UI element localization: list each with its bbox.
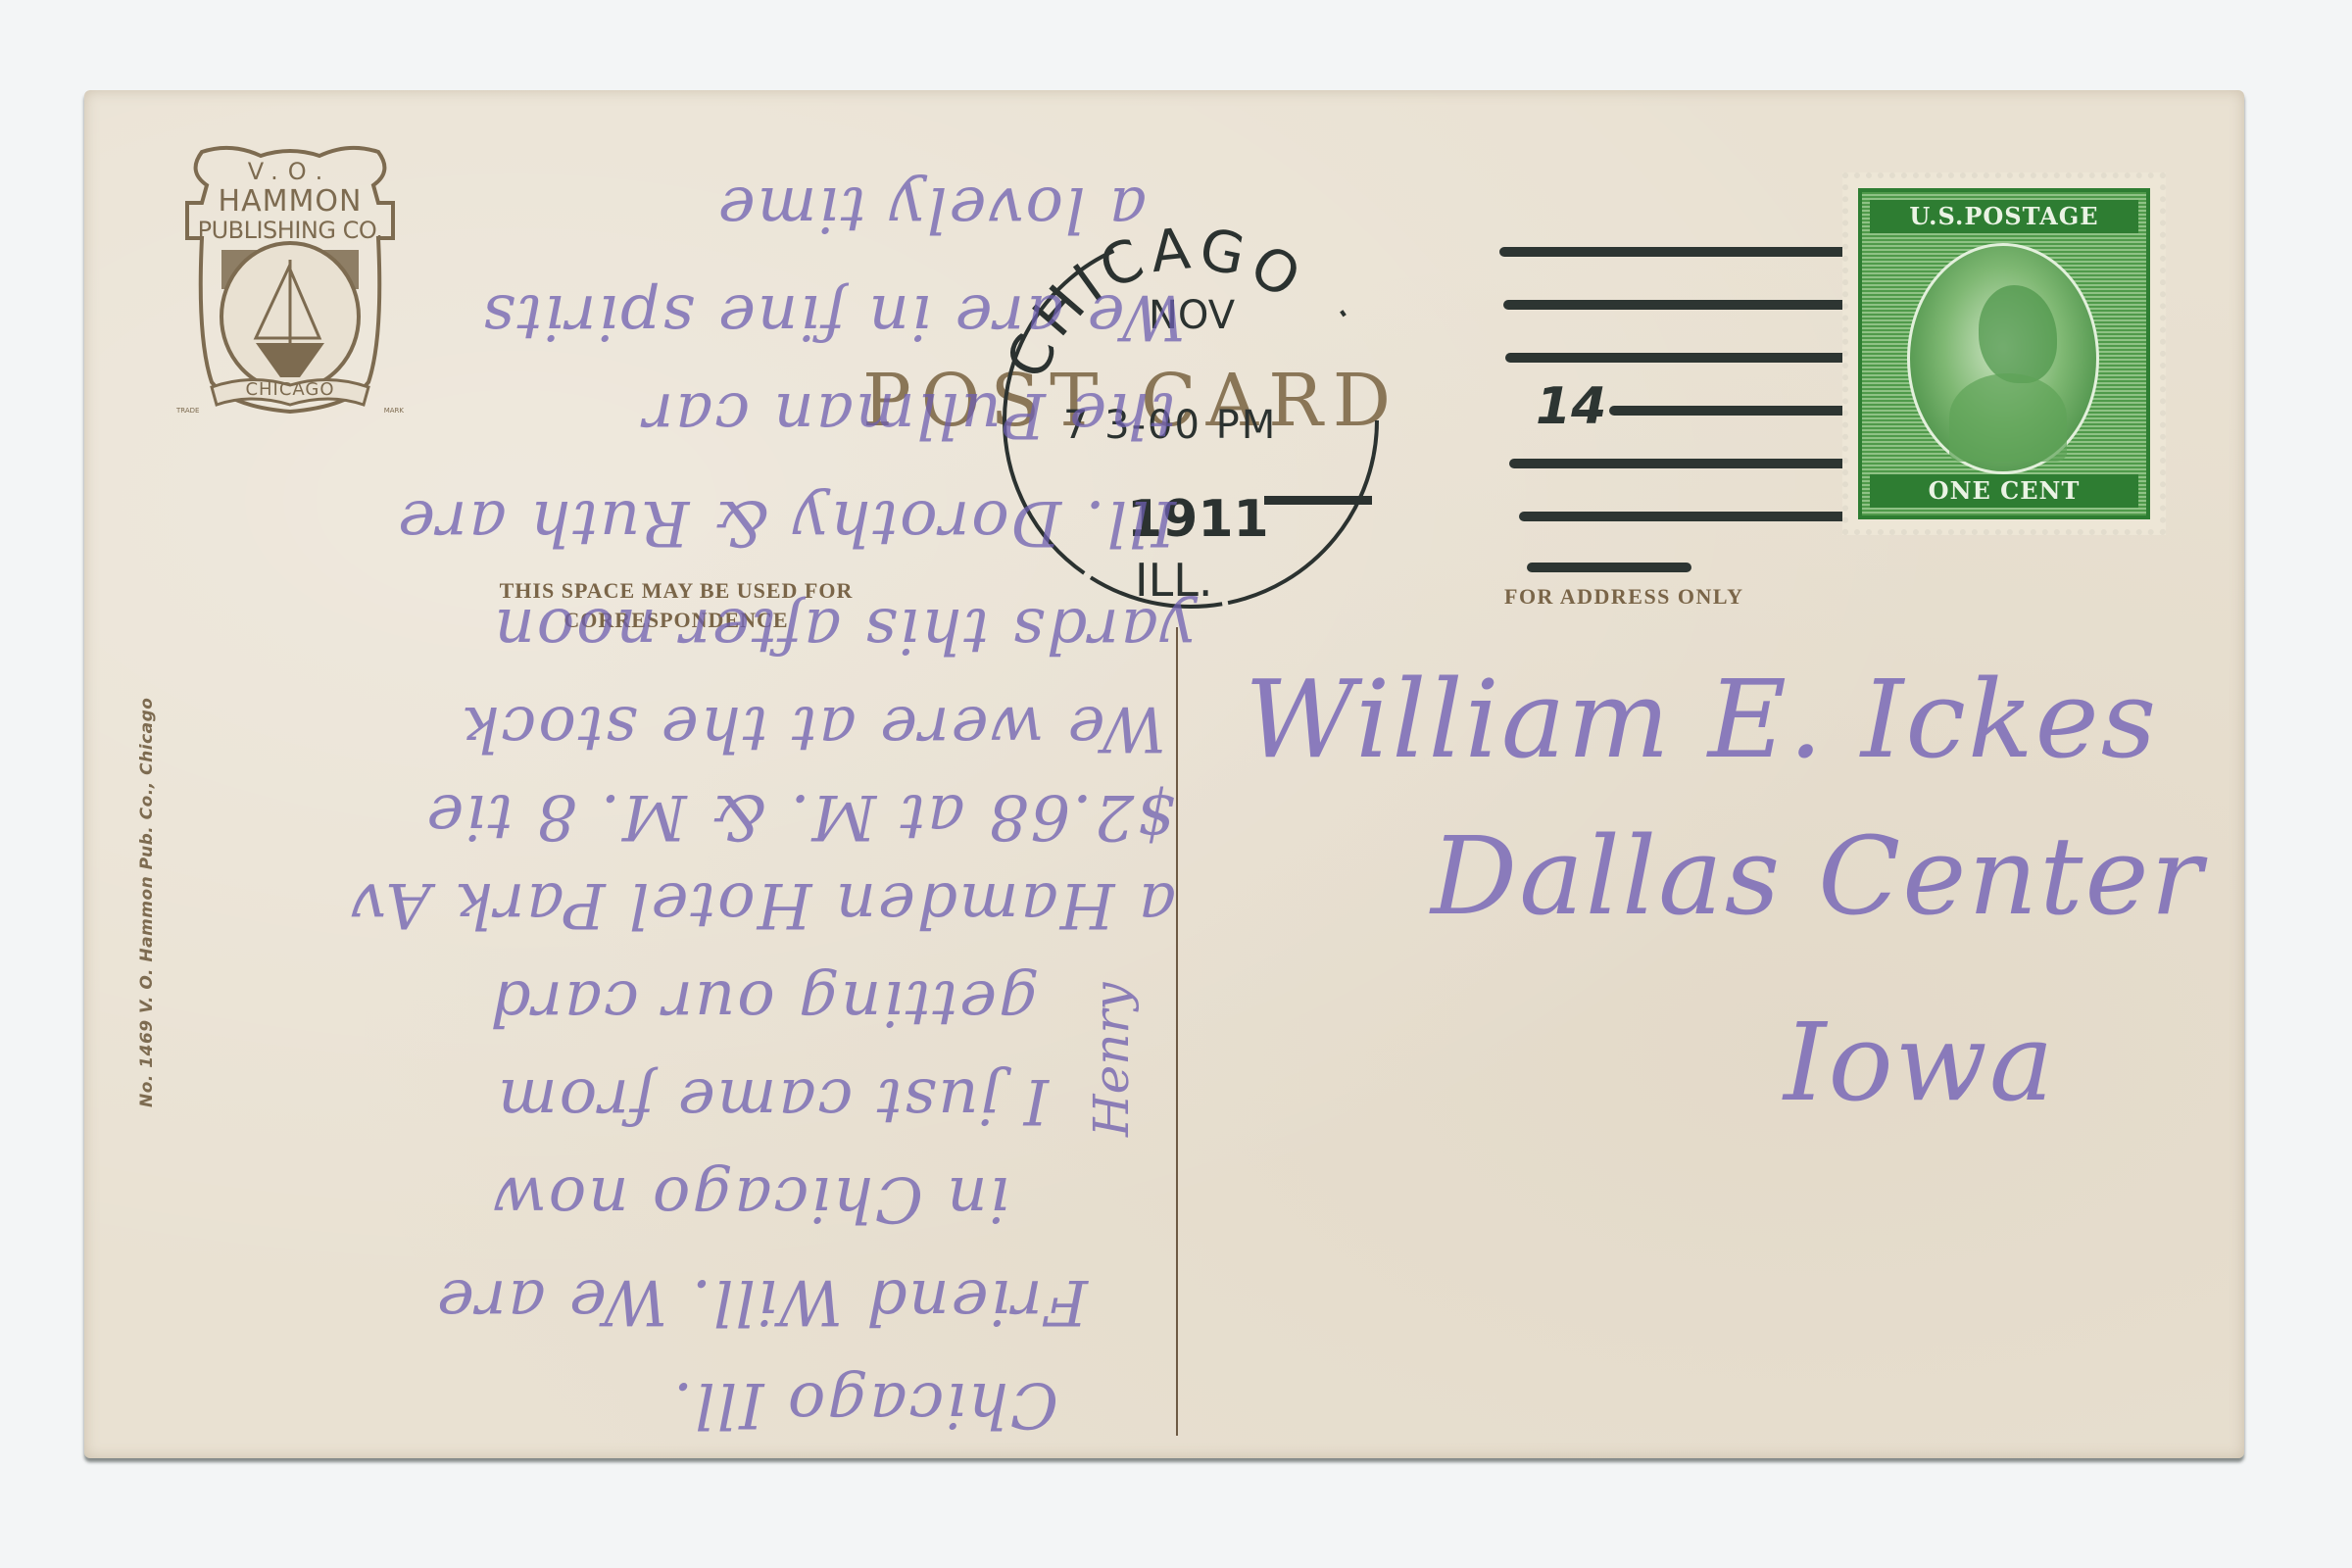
message-line: the Pullman car <box>642 378 1176 451</box>
message-line: in Chicago now <box>491 1162 1009 1235</box>
message-line: getting our card <box>488 966 1039 1039</box>
portrait-bust <box>1949 373 2067 462</box>
portrait-head <box>1979 285 2057 383</box>
stamp-engraving: U.S.POSTAGE ONE CENT <box>1858 188 2150 519</box>
address-state: Iowa <box>1784 1000 2055 1125</box>
margin-note: Henry <box>1083 982 1140 1137</box>
message-line: Ill. Dorothy & Ruth are <box>396 486 1176 559</box>
machine-number: 14 <box>1536 377 1606 436</box>
postage-stamp: U.S.POSTAGE ONE CENT <box>1842 172 2166 535</box>
message-line: We are in fine spirits <box>481 280 1186 353</box>
message-line: We were at the stock <box>460 692 1166 764</box>
handwritten-message: Chicago Ill. Friend Will. We are in Chic… <box>108 108 1205 1441</box>
message-line: Friend Will. We are <box>435 1265 1088 1338</box>
message-line: yards this after noon <box>492 594 1196 666</box>
address-city: Dallas Center <box>1431 813 2204 939</box>
message-line: a Hamden Hotel Park Av <box>349 868 1176 941</box>
message-line: Chicago Ill. <box>671 1368 1058 1441</box>
cancel-bar <box>1527 563 1691 572</box>
stamp-top-text: U.S.POSTAGE <box>1870 200 2138 233</box>
stamp-bottom-text: ONE CENT <box>1870 474 2138 508</box>
message-line: a lovely time <box>716 172 1147 245</box>
address-name: William E. Ickes <box>1245 657 2158 782</box>
message-line: I just came from <box>496 1064 1049 1137</box>
franklin-portrait-icon <box>1907 243 2099 474</box>
message-line: $2.68 at M. & M. 8 tie <box>424 780 1176 853</box>
